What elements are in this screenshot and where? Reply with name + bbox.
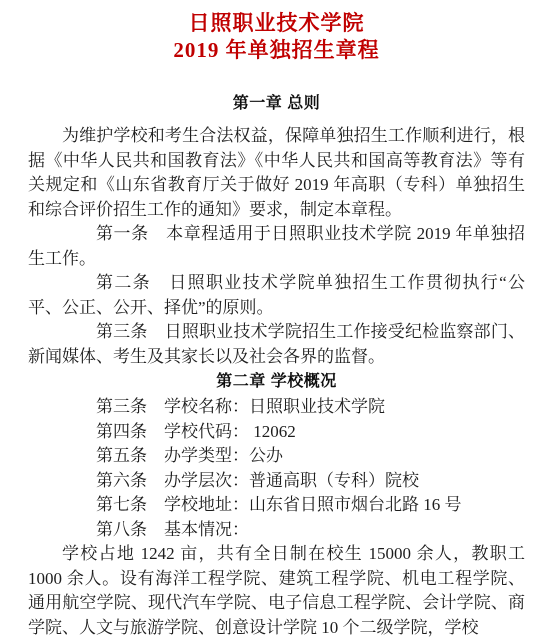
document-page: 日照职业技术学院 2019 年单独招生章程 第一章 总则 为维护学校和考生合法权… (0, 0, 547, 641)
school-code-item: 第四条 学校代码： 12062 (28, 420, 525, 445)
chapter-1-heading: 第一章 总则 (28, 92, 525, 116)
school-address-item: 第七条 学校地址：山东省日照市烟台北路 16 号 (28, 493, 525, 518)
chapter-2-heading: 第二章 学校概况 (28, 370, 525, 394)
school-overview-paragraph: 学校占地 1242 亩，共有全日制在校生 15000 余人，教职工 1000 余… (28, 542, 525, 640)
article-1: 第一条 本章程适用于日照职业技术学院 2019 年单独招生工作。 (28, 222, 525, 271)
preamble-paragraph: 为维护学校和考生合法权益，保障单独招生工作顺利进行，根据《中华人民共和国教育法》… (28, 124, 525, 222)
school-level-item: 第六条 办学层次：普通高职（专科）院校 (28, 469, 525, 494)
basic-info-item: 第八条 基本情况： (28, 518, 525, 543)
document-title-line2: 2019 年单独招生章程 (28, 37, 525, 64)
school-name-item: 第三条 学校名称：日照职业技术学院 (28, 395, 525, 420)
school-type-item: 第五条 办学类型：公办 (28, 444, 525, 469)
article-2: 第二条 日照职业技术学院单独招生工作贯彻执行“公平、公正、公开、择优”的原则。 (28, 271, 525, 320)
article-3: 第三条 日照职业技术学院招生工作接受纪检监察部门、新闻媒体、考生及其家长以及社会… (28, 320, 525, 369)
document-body: 第一章 总则 为维护学校和考生合法权益，保障单独招生工作顺利进行，根据《中华人民… (28, 92, 525, 640)
document-title-line1: 日照职业技术学院 (28, 10, 525, 37)
